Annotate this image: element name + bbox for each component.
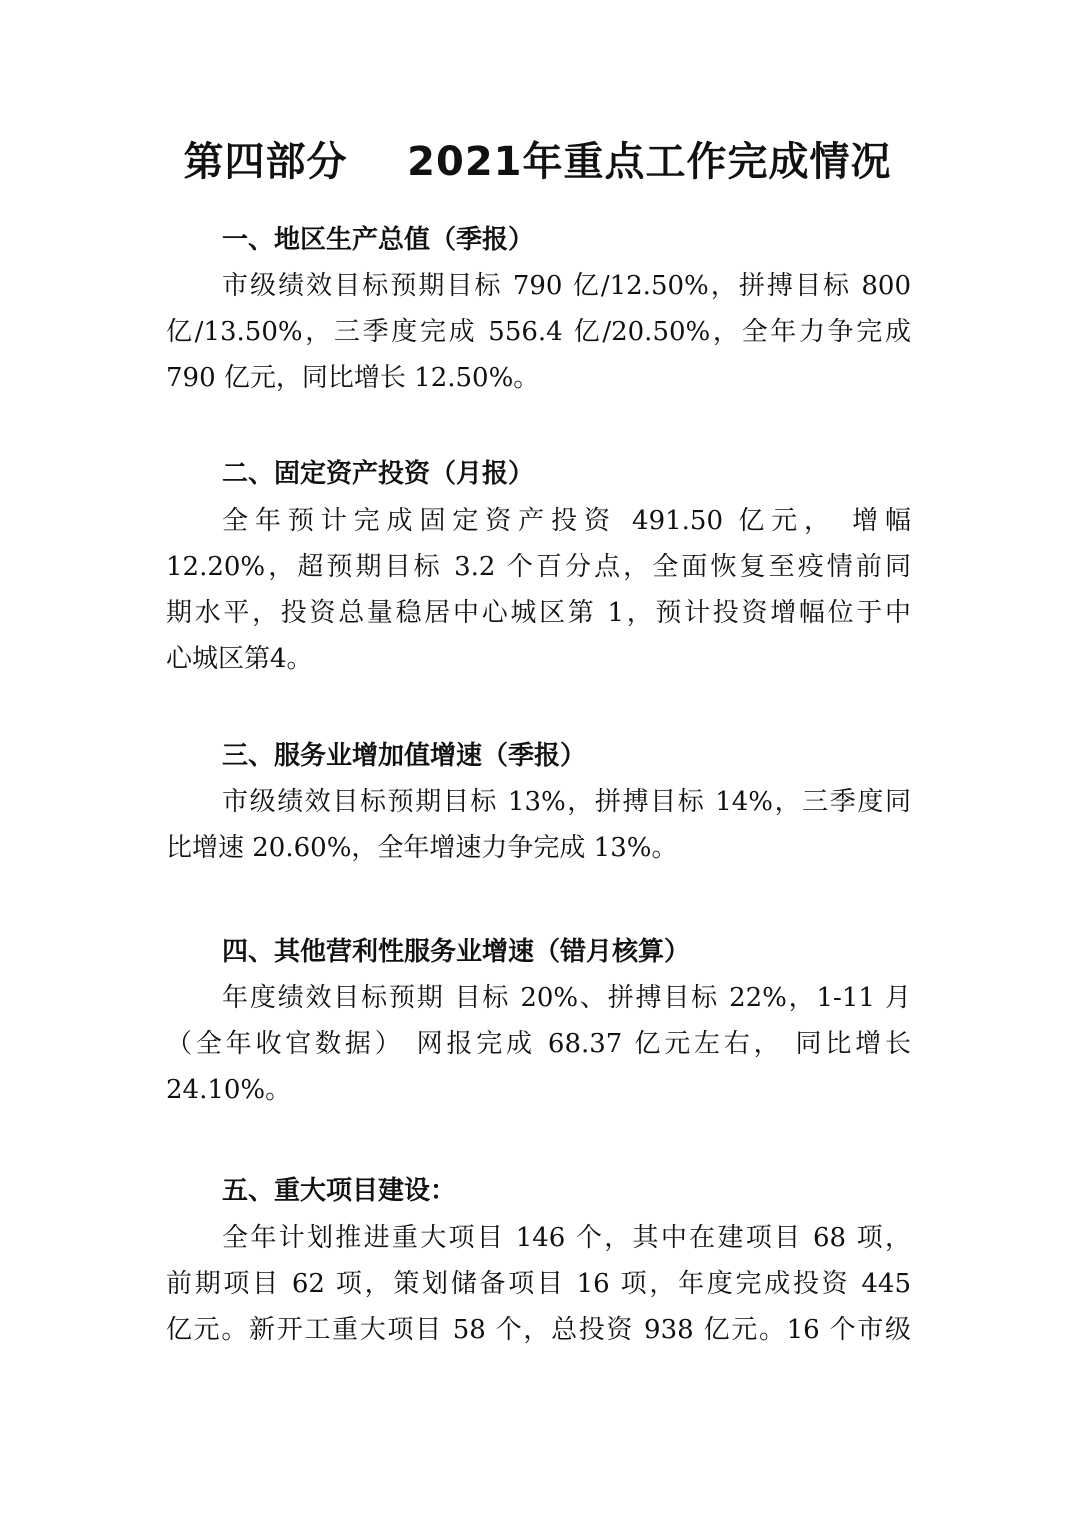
paragraph-line: 亿/13.50%，三季度完成 556.4 亿/20.50%，全年力争完成 <box>166 314 911 350</box>
section-heading-other-services: 四、其他营利性服务业增速（错月核算） <box>222 934 690 970</box>
paragraph-line: 全年计划推进重大项目 146 个，其中在建项目 68 项， <box>222 1220 911 1256</box>
paragraph-line: 市级绩效目标预期目标 13%，拼搏目标 14%，三季度同 <box>222 784 911 820</box>
paragraph-line: 前期项目 62 项，策划储备项目 16 项，年度完成投资 445 <box>166 1266 911 1302</box>
paragraph-line: 期水平，投资总量稳居中心城区第 1，预计投资增幅位于中 <box>166 595 911 631</box>
paragraph-line: 市级绩效目标预期目标 790 亿/12.50%，拼搏目标 800 <box>222 268 911 304</box>
section-heading-service-industry: 三、服务业增加值增速（季报） <box>222 738 586 774</box>
paragraph-line: 24.10%。 <box>166 1072 911 1108</box>
paragraph-line: 年度绩效目标预期 目标 20%、拼搏目标 22%，1-11 月 <box>222 980 911 1016</box>
paragraph-line: 比增速 20.60%，全年增速力争完成 13%。 <box>166 830 911 866</box>
paragraph-line: 心城区第4。 <box>166 641 911 677</box>
document-page: 第四部分 2021年重点工作完成情况 一、地区生产总值（季报） 市级绩效目标预期… <box>0 0 1075 1521</box>
section-heading-fixed-asset-investment: 二、固定资产投资（月报） <box>222 456 534 492</box>
paragraph-line: （全年收官数据） 网报完成 68.37 亿元左右， 同比增长 <box>166 1026 911 1062</box>
section-heading-major-projects: 五、重大项目建设： <box>222 1173 456 1209</box>
paragraph-line: 亿元。新开工重大项目 58 个，总投资 938 亿元。16 个市级 <box>166 1312 911 1348</box>
section-heading-gdp: 一、地区生产总值（季报） <box>222 222 534 258</box>
paragraph-line: 全年预计完成固定资产投资 491.50 亿元， 增幅 <box>222 503 911 539</box>
paragraph-line: 790 亿元，同比增长 12.50%。 <box>166 360 911 396</box>
paragraph-line: 12.20%，超预期目标 3.2 个百分点，全面恢复至疫情前同 <box>166 549 911 585</box>
page-title: 第四部分 2021年重点工作完成情况 <box>0 134 1075 190</box>
